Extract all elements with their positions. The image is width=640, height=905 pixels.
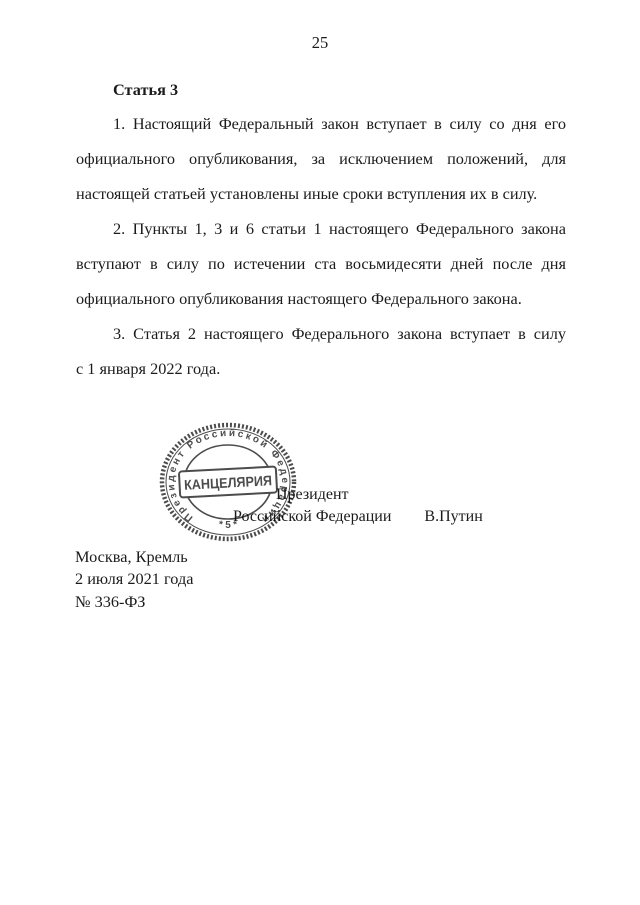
paragraph-3-line-2: с 1 января 2022 года.	[76, 351, 566, 386]
paragraph-1-line-2: официального опубликования, за исключени…	[76, 141, 566, 176]
page-number: 25	[0, 33, 640, 53]
paragraph-2-line-3: официального опубликования настоящего Фе…	[76, 281, 566, 316]
paragraph-2-line-1: 2. Пункты 1, 3 и 6 статьи 1 настоящего Ф…	[76, 211, 566, 246]
paragraph-1-line-1: 1. Настоящий Федеральный закон вступает …	[76, 106, 566, 141]
issuance-date: 2 июля 2021 года	[75, 568, 193, 590]
article-title: Статья 3	[76, 73, 566, 106]
signature-name: В.Путин	[424, 508, 482, 525]
chancellery-stamp-icon: Президент Российской Федерации * 5 * КАН…	[148, 412, 308, 552]
paragraph-3-line-1: 3. Статья 2 настоящего Федерального зако…	[76, 316, 566, 351]
document-body: Статья 3 1. Настоящий Федеральный закон …	[76, 73, 566, 386]
document-page: 25 Статья 3 1. Настоящий Федеральный зак…	[0, 0, 640, 905]
svg-text:* 5 *: * 5 *	[218, 519, 238, 531]
issuance-block: Москва, Кремль 2 июля 2021 года № 336-ФЗ	[75, 546, 193, 613]
stamp-bottom-mark: * 5 *	[218, 519, 238, 531]
paragraph-2-line-2: вступают в силу по истечении ста восьмид…	[76, 246, 566, 281]
paragraph-1-line-3: настоящей статьей установлены иные сроки…	[76, 176, 566, 211]
issuance-number: № 336-ФЗ	[75, 591, 193, 613]
